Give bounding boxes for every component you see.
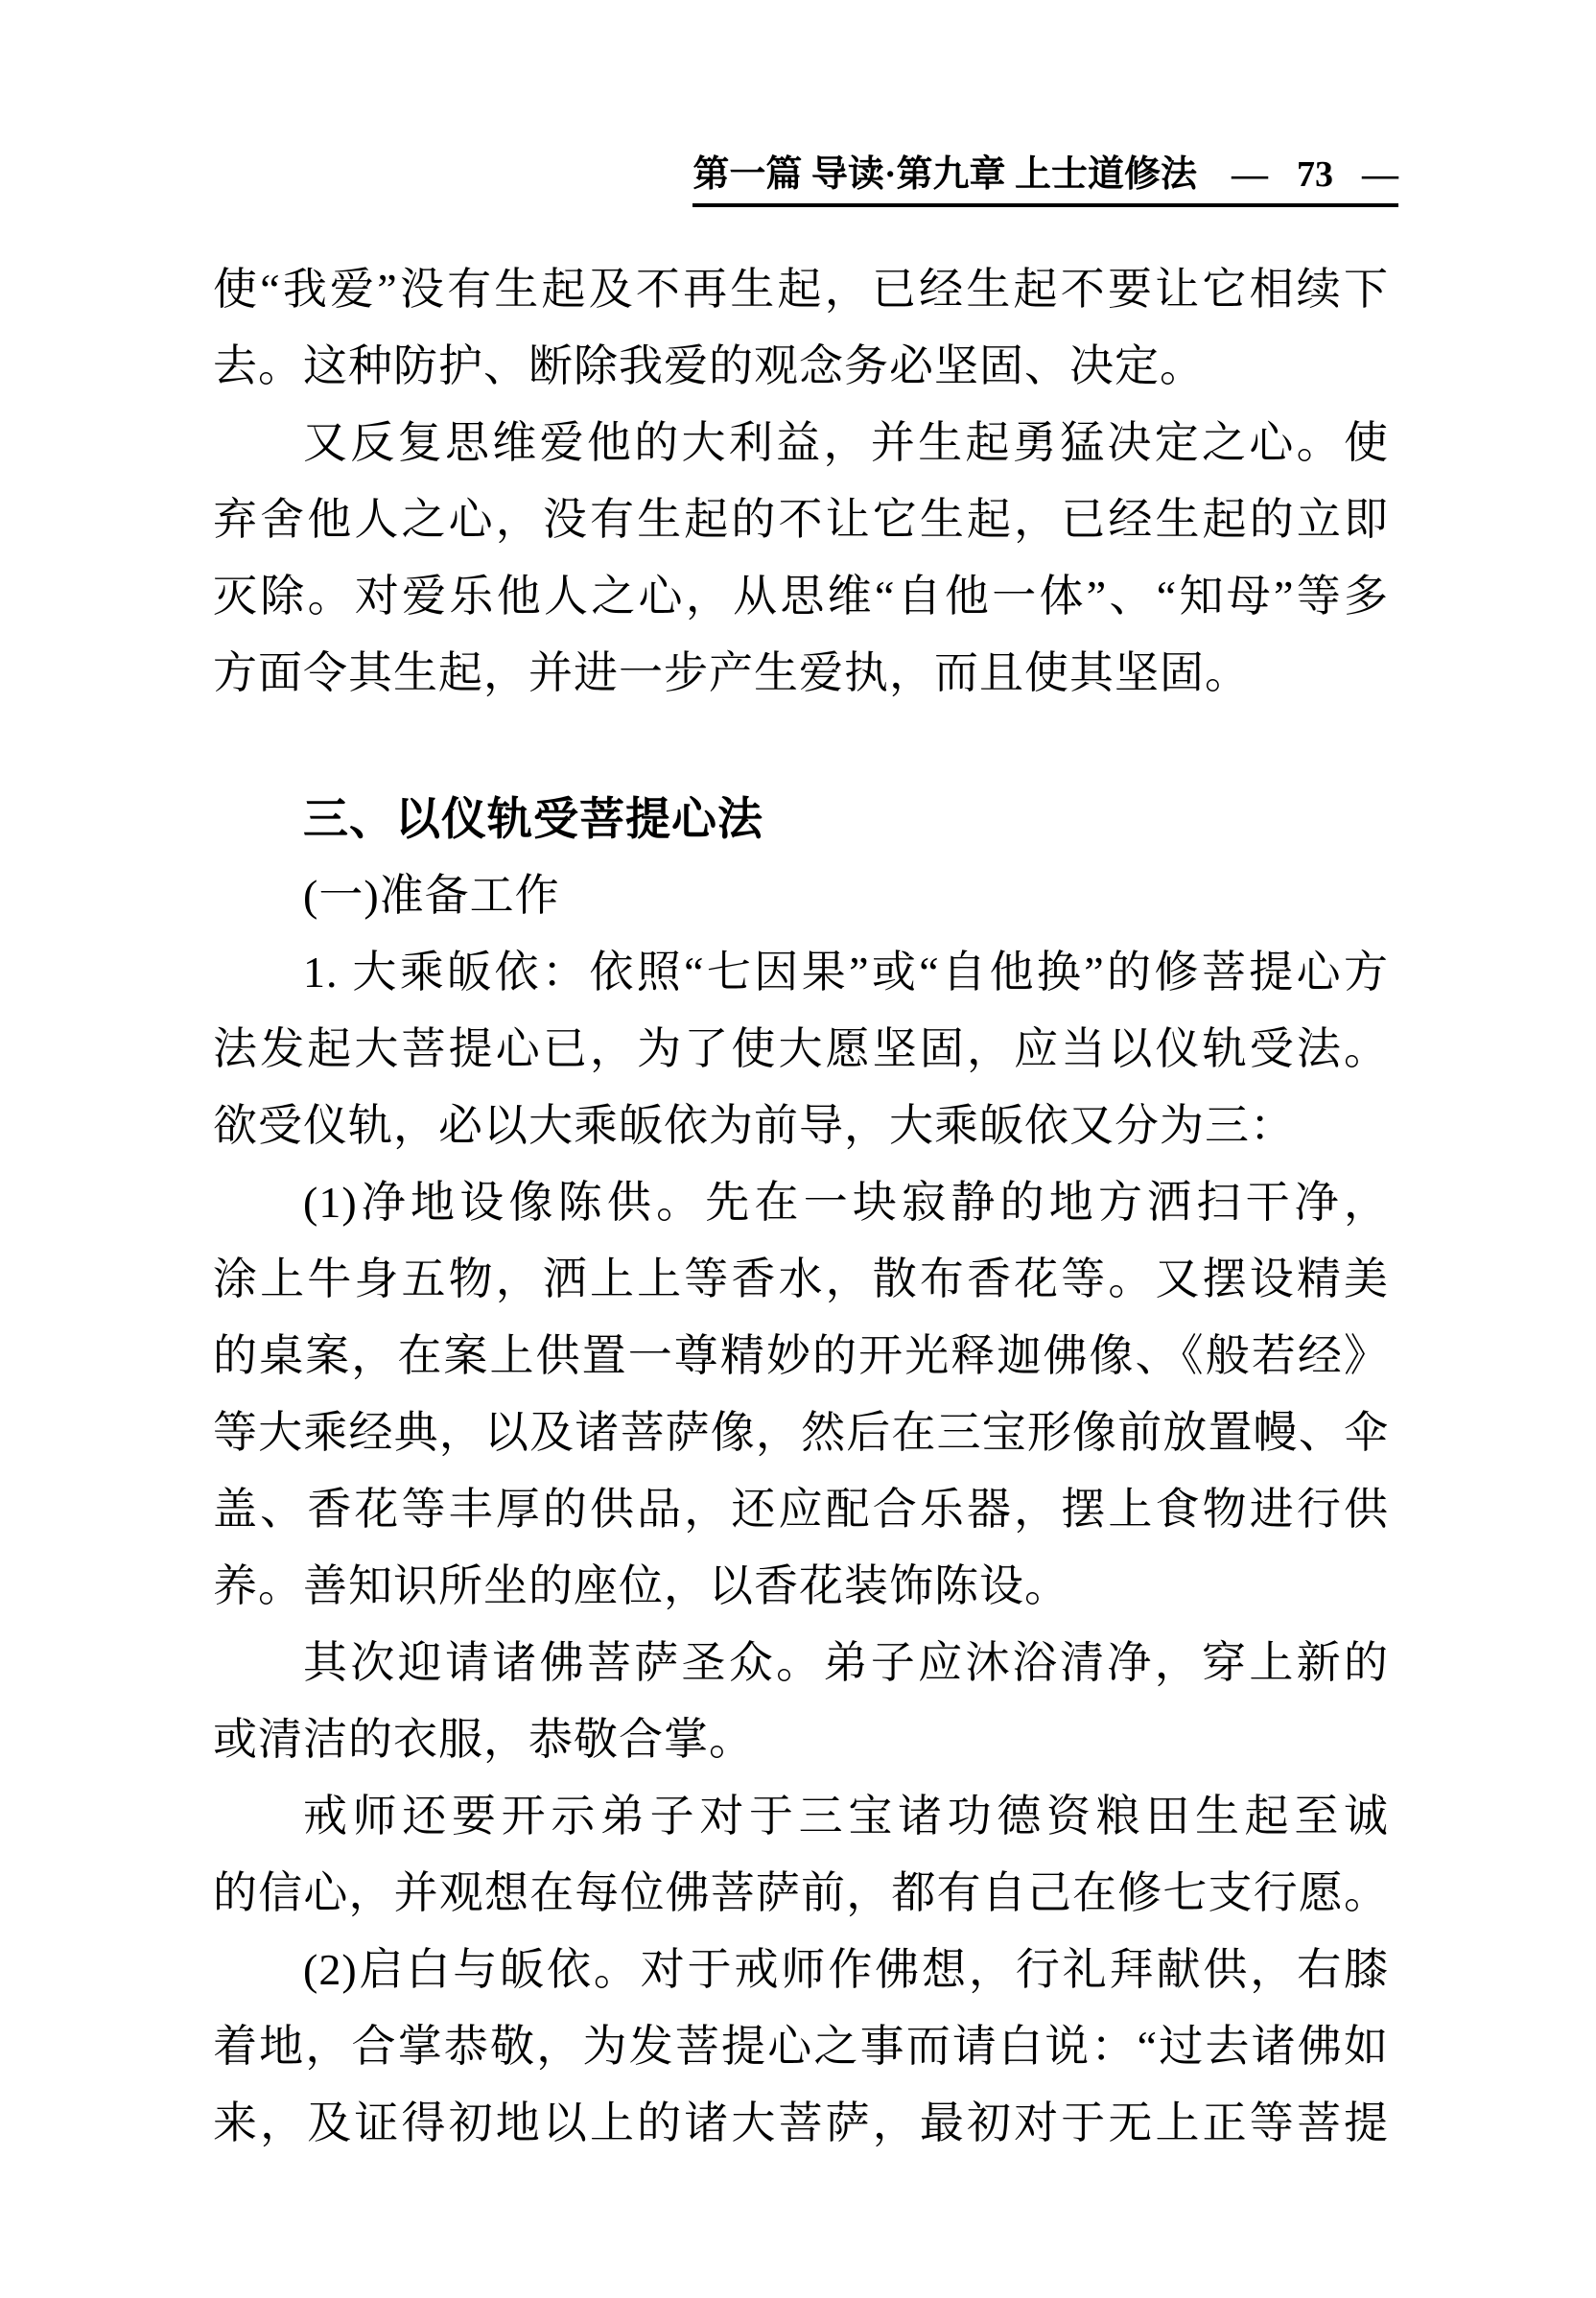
- text-line: 涂上牛身五物，洒上上等香水，散布香花等。又摆设精美: [213, 1241, 1389, 1318]
- text-line: 等大乘经典，以及诸菩萨像，然后在三宝形像前放置幔、伞: [213, 1395, 1389, 1471]
- text-line: 来，及证得初地以上的诸大菩萨，最初对于无上正等菩提: [213, 2085, 1389, 2162]
- text-line: 养。善知识所坐的座位，以香花装饰陈设。: [213, 1548, 1389, 1625]
- book-page: 第一篇 导读·第九章 上士道修法—73— 使“我爱”没有生起及不再生起，已经生起…: [0, 0, 1596, 2298]
- text-line: 其次迎请诸佛菩萨圣众。弟子应沐浴清净，穿上新的: [213, 1625, 1389, 1701]
- paragraph: 使“我爱”没有生起及不再生起，已经生起不要让它相续下去。这种防护、断除我爱的观念…: [213, 251, 1389, 405]
- running-header-title: 第一篇 导读·第九章 上士道修法: [692, 154, 1197, 195]
- text-line: 去。这种防护、断除我爱的观念务必坚固、决定。: [213, 328, 1389, 405]
- text-line: 或清洁的衣服，恭敬合掌。: [213, 1701, 1389, 1778]
- paragraph: (1)净地设像陈供。先在一块寂静的地方洒扫干净，涂上牛身五物，洒上上等香水，散布…: [213, 1164, 1389, 1625]
- running-header: 第一篇 导读·第九章 上士道修法—73—: [692, 153, 1398, 207]
- text-line: 欲受仪轨，必以大乘皈依为前导，大乘皈依又分为三：: [213, 1088, 1389, 1164]
- page-number-dash-left: —: [1232, 154, 1268, 195]
- text-line: 的桌案，在案上供置一尊精妙的开光释迦佛像、《般若经》: [213, 1318, 1389, 1395]
- paragraph: (2)启白与皈依。对于戒师作佛想，行礼拜献供，右膝着地，合掌恭敬，为发菩提心之事…: [213, 1932, 1389, 2162]
- text-line: 使“我爱”没有生起及不再生起，已经生起不要让它相续下: [213, 251, 1389, 328]
- text-line: 的信心，并观想在每位佛菩萨前，都有自己在修七支行愿。: [213, 1855, 1389, 1932]
- paragraph: 又反复思维爱他的大利益，并生起勇猛决定之心。使弃舍他人之心，没有生起的不让它生起…: [213, 405, 1389, 712]
- paragraph: 1. 大乘皈依：依照“七因果”或“自他换”的修菩提心方法发起大菩提心已，为了使大…: [213, 934, 1389, 1164]
- text-line: 戒师还要开示弟子对于三宝诸功德资粮田生起至诚: [213, 1778, 1389, 1855]
- section-heading-block: 三、以仪轨受菩提心法: [213, 781, 1389, 857]
- section-heading: 三、以仪轨受菩提心法: [213, 781, 1389, 857]
- paragraph: (一)准备工作: [213, 857, 1389, 934]
- text-line: 法发起大菩提心已，为了使大愿坚固，应当以仪轨受法。: [213, 1011, 1389, 1088]
- text-line: (一)准备工作: [213, 857, 1389, 934]
- text-line: 弃舍他人之心，没有生起的不让它生起，已经生起的立即: [213, 481, 1389, 558]
- text-body: 使“我爱”没有生起及不再生起，已经生起不要让它相续下去。这种防护、断除我爱的观念…: [213, 251, 1389, 2162]
- text-line: 着地，合掌恭敬，为发菩提心之事而请白说：“过去诸佛如: [213, 2008, 1389, 2085]
- paragraph: 戒师还要开示弟子对于三宝诸功德资粮田生起至诚的信心，并观想在每位佛菩萨前，都有自…: [213, 1778, 1389, 1932]
- page-number: 73: [1297, 154, 1333, 195]
- text-line: 1. 大乘皈依：依照“七因果”或“自他换”的修菩提心方: [213, 934, 1389, 1011]
- paragraph: 其次迎请诸佛菩萨圣众。弟子应沐浴清净，穿上新的或清洁的衣服，恭敬合掌。: [213, 1625, 1389, 1778]
- text-line: 方面令其生起，并进一步产生爱执，而且使其坚固。: [213, 635, 1389, 712]
- text-line: 灭除。对爱乐他人之心，从思维“自他一体”、“知母”等多: [213, 558, 1389, 635]
- page-number-dash-right: —: [1362, 154, 1398, 195]
- text-line: (1)净地设像陈供。先在一块寂静的地方洒扫干净，: [213, 1164, 1389, 1241]
- text-line: 盖、香花等丰厚的供品，还应配合乐器，摆上食物进行供: [213, 1471, 1389, 1548]
- text-line: 又反复思维爱他的大利益，并生起勇猛决定之心。使: [213, 405, 1389, 481]
- text-line: (2)启白与皈依。对于戒师作佛想，行礼拜献供，右膝: [213, 1932, 1389, 2008]
